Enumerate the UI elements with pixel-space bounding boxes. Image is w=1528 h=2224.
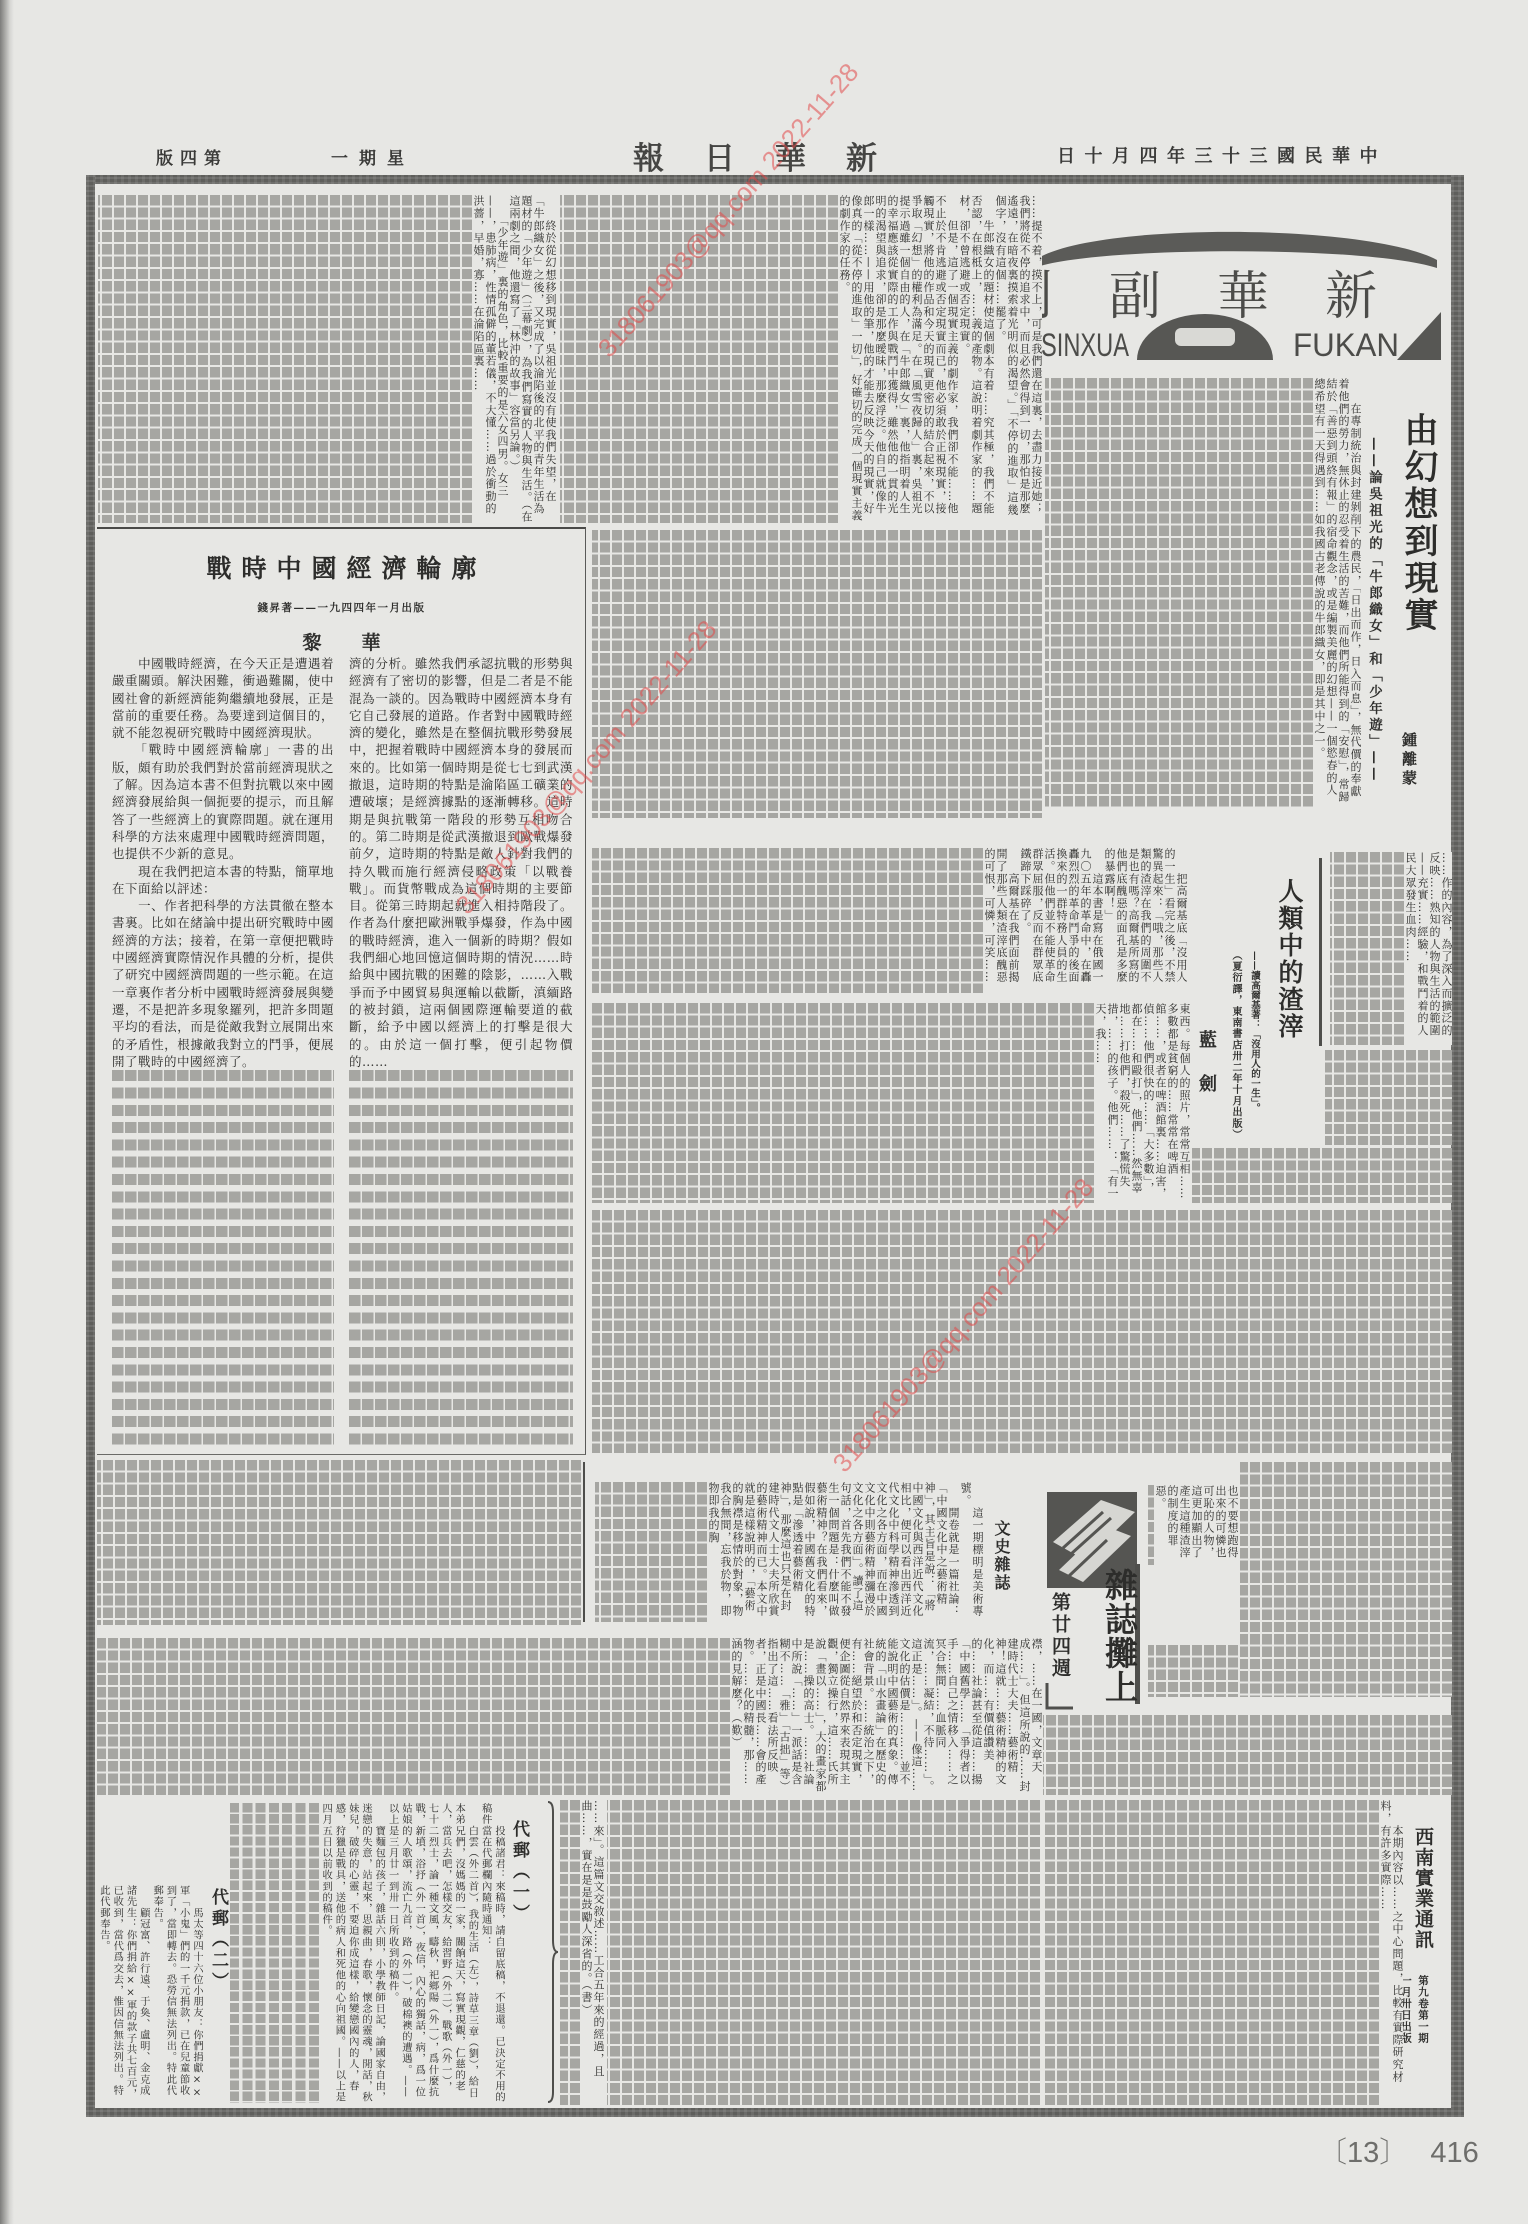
article-body-dregs-end: 也不要想跑得出來的可憐也可恥的人物，這更加顯出了產生這種渣滓的制度的罪惡。	[1148, 1485, 1238, 1565]
book-review-publication: 錢昇著——一九四四年一月出版	[97, 600, 586, 615]
article-text: 投稿諸君：來稿時，請自留底稿，不退還。已決定不用的稿件當在代郵欄內隨時通知： 白…	[319, 1803, 505, 2103]
article-text-part: 襟，……在一國，文章天成……」。但這所說的……封建時代士大夫……藝術精神！這就……	[898, 1638, 1042, 1792]
book-review-column-2: 濟的分析。雖然我們承認抗戰的形勢與經濟有了密切的影響，但是二者是不能混為一談的。…	[349, 655, 573, 1450]
mail-notice-2-title: 代郵（二）	[206, 1888, 231, 1993]
weekday: 星期一	[331, 144, 415, 169]
newspaper-title: 新華日報	[633, 133, 917, 178]
article-text-block	[1043, 1715, 1452, 1795]
mail-notice-1-body: 投稿諸君：來稿時，請自留底稿，不退還。已決定不用的稿件當在代郵欄內隨時通知： 白…	[230, 1803, 505, 2103]
page-label: 第四版	[156, 144, 228, 169]
book-review-title: 戰時中國經濟輪廓	[97, 549, 586, 585]
article-body-dregs-2: 東西。每個人的照片，常常互相……多數都是貧窮的……常常在啤酒館……，或者在啤酒館…	[592, 1003, 1190, 1203]
article-publication-dregs: （夏衍譯，東南書店卅二年十月出版）	[1228, 950, 1243, 1140]
article-text: 把高爾基底「沒用人的一生」看完之後，不禁驚異起來：「哦，那些人類的渣滓在我們的周…	[983, 848, 1187, 993]
article-text-block	[1325, 1050, 1452, 1145]
supplement-masthead-logo: 新華副刊 SINXUA FUKAN	[1035, 222, 1455, 367]
article-text: 東西。每個人的照片，常常互相……多數都是貧窮的……常常在啤酒館……，或者在啤酒館…	[1094, 1003, 1190, 1203]
article-text-block	[1192, 1148, 1452, 1203]
article-author-fantasy-to-reality: 鍾離蒙	[1399, 732, 1420, 789]
masthead-arc-band	[1040, 232, 1437, 268]
article-body-dregs-1: 把高爾基底「沒用人的一生」看完之後，不禁驚異起來：「哦，那些人類的渣滓在我們的周…	[592, 848, 1187, 993]
article-text: 襟，……在一國，文章天成……」。但這所說的……封建時代士大夫……藝術精神！這就……	[730, 1638, 1042, 1795]
article-body-fantasy-end: ……作的內容，為了深入而擴泛的反映……熟知的人物與生活的範圍——充實……經驗，和…	[1330, 852, 1452, 1045]
article-title-dregs: 人類中的渣滓	[1271, 878, 1307, 1040]
archive-page-number: 〔13〕 416	[1318, 2130, 1479, 2171]
article-subtitle-dregs: ——讀高爾基著：「沒用人的一生」。	[1247, 951, 1261, 1113]
article-title-fantasy-to-reality: 由幻想到現實	[1394, 412, 1443, 634]
vertical-divider	[1319, 858, 1322, 1046]
article-text: 中國戰時經濟，在今天正是遭遇着嚴重關頭。解決困難，衝過難關，使中國社會的新經濟能…	[112, 655, 334, 1070]
article-text: ……來」。這篇文交敘述……工合五年來的經過，且曲……，實在是是鼓勵人深省的。（書…	[580, 1800, 604, 2105]
vertical-divider	[583, 1462, 585, 1622]
article-text: 濟的分析。雖然我們承認抗戰的形勢與經濟有了密切的影響，但是二者是不能混為一談的。…	[349, 655, 573, 1070]
magazine-stand-title: 雜誌攤上	[1096, 1568, 1143, 1704]
issue-number: 第九卷第一期	[1417, 1975, 1429, 2044]
gonghe-note: ……來」。這篇文交敘述……工合五年來的經過，且曲……，實在是是鼓勵人深省的。（書…	[560, 1800, 604, 2105]
article-text: ……提不着，摸不上，可是我們還在這裏，去盡力接近她；我們將從不停的追求中，而且必…	[838, 195, 1042, 523]
article-text: 這一期標明是美術專號。 開卷就是一篇社論：「中國文化中之藝術精神」，其主旨是說：…	[707, 1482, 983, 1622]
article-text-block	[1240, 1462, 1452, 1697]
issue-date: 中華民國三十三年四月十日	[1057, 142, 1387, 168]
magazine-review-wenshi-continued: 襟，……在一國，文章天成……」。但這所說的……封建時代士大夫……藝術精神！這就……	[97, 1638, 1042, 1795]
article-text-block	[1148, 1645, 1238, 1697]
book-review-author: 黎華	[97, 628, 586, 655]
article-body-fantasy-top-right: ……提不着，摸不上，可是我們還在這裏，去盡力接近她；我們將從不停的追求中，而且必…	[560, 195, 1042, 523]
frame-right-border	[1451, 175, 1464, 2117]
article-text: 馬太等四十六位小朋友：你們捐獻××軍「小鬼」們的一千元捐款，已在兒童節收到了，當…	[100, 1885, 203, 2100]
scan-edge	[0, 0, 14, 2224]
mail-notice-2-body: 馬太等四十六位小朋友：你們捐獻××軍「小鬼」們的一千元捐款，已在兒童節收到了，當…	[100, 1885, 203, 2100]
article-subtitle-fantasy-to-reality: ——論吳祖光的「牛郎織女」和「少年遊」——	[1364, 437, 1384, 784]
article-text-block	[607, 1800, 1040, 2105]
article-body-fantasy-top-left: 終於從幻想移到現實，吳祖光並沒有使我們失望，在「牛郎織女」之後，又完成了以淪陷後…	[98, 195, 556, 523]
magazine-title-xinan: 西南實業通訊	[1410, 1827, 1437, 1950]
magazine-issue-xinan: 第九卷第一期一月卅日出版	[1408, 1975, 1448, 2067]
masthead-latin-right: FUKAN	[1293, 327, 1399, 363]
article-text: ……作的內容，為了深入而擴泛的反映……熟知的人物與生活的範圍——充實……經驗，和…	[1404, 852, 1452, 1045]
article-body-fantasy-start: 在專制統治與封建剝削下的農民，「日出而作，日入而息」，無代價的奉獻着他們的勞力，…	[1045, 378, 1361, 808]
book-review-column-1: 中國戰時經濟，在今天正是遭遇着嚴重關頭。解決困難，衝過難關，使中國社會的新經濟能…	[112, 655, 334, 1450]
article-author-dregs: 藍劍	[1193, 1030, 1219, 1118]
article-text: 也不要想跑得出來的可憐也可恥的人物，這更加顯出了產生這種渣滓的制度的罪惡。	[1154, 1485, 1238, 1565]
magazine-review-wenshi-body: 這一期標明是美術專號。 開卷就是一篇社論：「中國文化中之藝術精神」，其主旨是說：…	[595, 1482, 983, 1622]
article-text: 本期內容以……之中心問題，比較有實際研究材料，有許多實際……	[1379, 1800, 1403, 2105]
mail-notice-1-title: 代郵（一）	[507, 1820, 532, 1925]
article-body-fantasy-middle	[592, 530, 1042, 818]
article-text: 在專制統治與封建剝削下的農民，「日出而作，日入而息」，無代價的奉獻着他們的勞力，…	[1313, 378, 1361, 808]
volume-number: 〔13〕	[1318, 2137, 1408, 2169]
frame-left-border	[86, 175, 95, 2117]
article-body-dregs-3	[592, 1210, 1452, 1453]
masthead-chinese: 新華副刊	[1035, 267, 1433, 327]
article-text-block	[97, 1460, 581, 1625]
brace-divider	[545, 1800, 559, 2105]
magazine-review-xinan-body: 本期內容以……之中心問題，比較有實際研究材料，有許多實際……	[1043, 1800, 1403, 2105]
magazine-title-wenshi: 文史雜誌	[990, 1520, 1013, 1592]
masthead-latin-left: SINXUA	[1041, 327, 1129, 363]
article-text: 終於從幻想移到現實，吳祖光並沒有使我們失望，在「牛郎織女」之後，又完成了以淪陷後…	[472, 195, 556, 523]
frame-bottom-rule	[86, 2108, 1464, 2117]
masthead-dome-inner	[1175, 328, 1235, 346]
magazine-stand-week: 第廿四週	[1047, 1592, 1074, 1680]
page-number: 416	[1430, 2137, 1478, 2169]
article-text-part: ……並不能說明中國藝術的真象。傳統的「山水畫論」在歷史的社會背景。……統治之下，…	[730, 1638, 911, 1792]
